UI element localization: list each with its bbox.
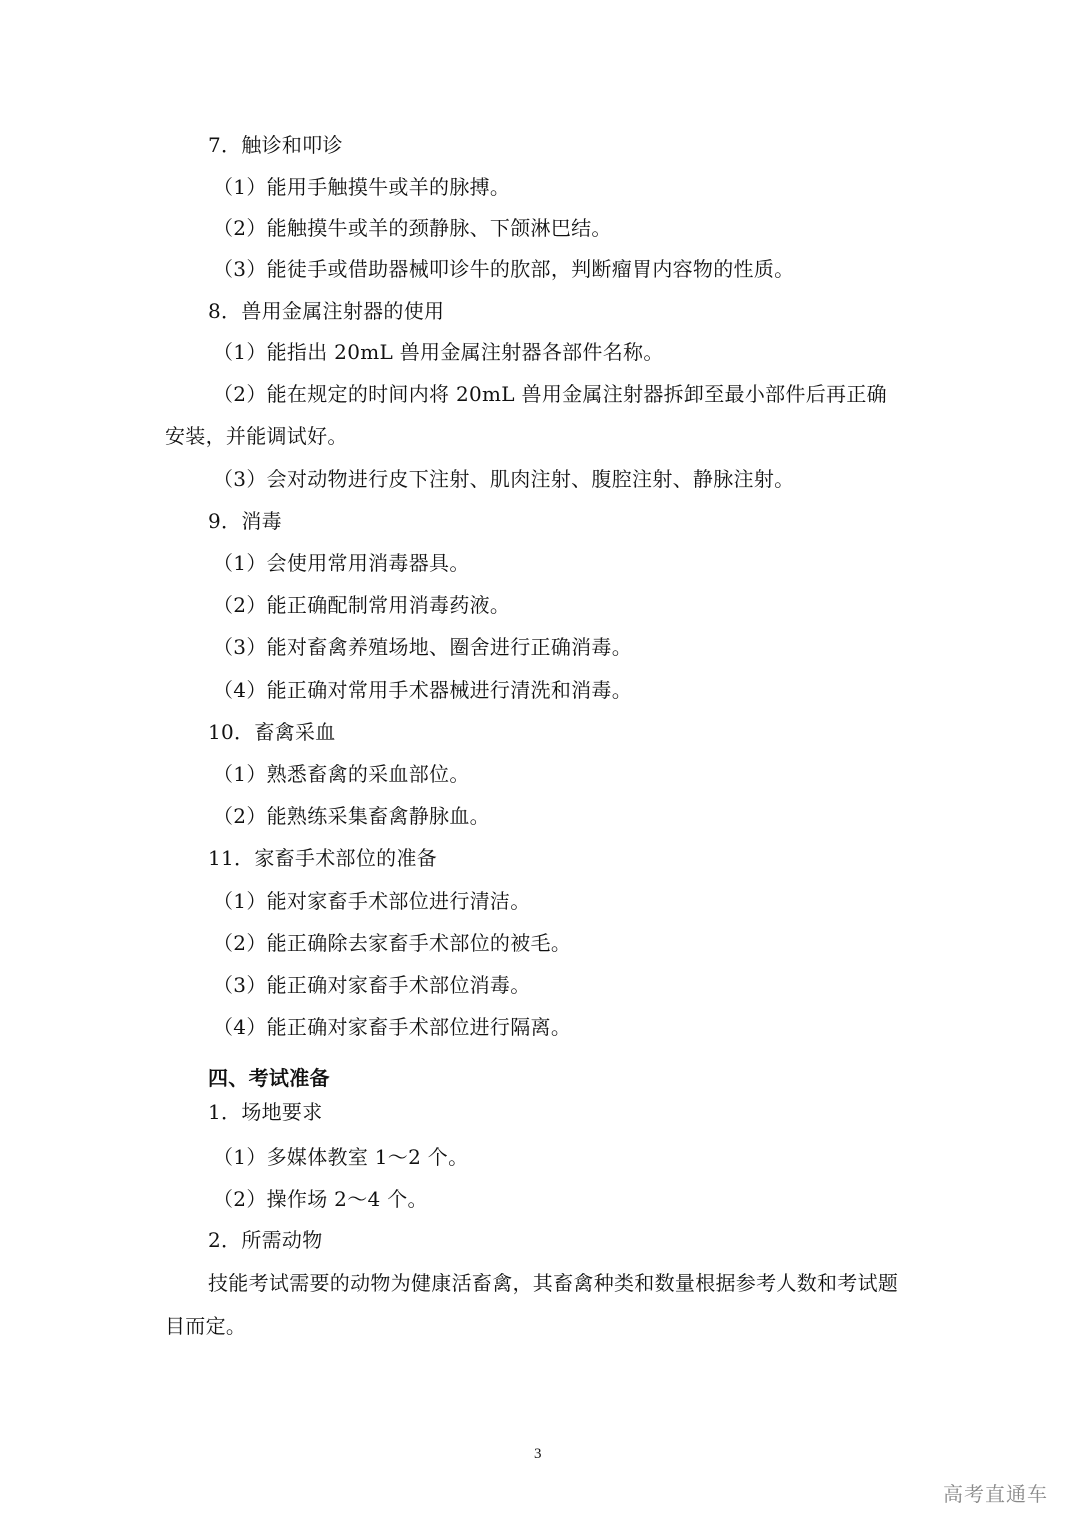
document-page: 7．触诊和叩诊（1）能用手触摸牛或羊的脉搏。（2）能触摸牛或羊的颈静脉、下颌淋巴… xyxy=(0,0,1080,1527)
list-item: （3）能正确对家畜手术部位消毒。 xyxy=(213,973,531,997)
list-item: （3）会对动物进行皮下注射、肌肉注射、腹腔注射、静脉注射。 xyxy=(213,467,794,491)
list-item: （2）能正确除去家畜手术部位的被毛。 xyxy=(213,931,571,955)
paragraph-continuation: 安装，并能调试好。 xyxy=(165,424,348,448)
list-item: （4）能正确对常用手术器械进行清洗和消毒。 xyxy=(213,678,632,702)
paragraph-continuation: 目而定。 xyxy=(165,1314,246,1338)
subsection-heading: 2．所需动物 xyxy=(208,1228,323,1252)
list-item: （2）能触摸牛或羊的颈静脉、下颌淋巴结。 xyxy=(213,216,612,240)
list-item: （2）能熟练采集畜禽静脉血。 xyxy=(213,804,490,828)
list-item: （1）熟悉畜禽的采血部位。 xyxy=(213,762,470,786)
subsection-heading: 8．兽用金属注射器的使用 xyxy=(208,299,444,323)
list-item: （2）能正确配制常用消毒药液。 xyxy=(213,593,510,617)
list-item: （1）能用手触摸牛或羊的脉搏。 xyxy=(213,175,510,199)
list-item: （1）能指出 20mL 兽用金属注射器各部件名称。 xyxy=(213,340,664,364)
list-item: （3）能徒手或借助器械叩诊牛的肷部，判断瘤胃内容物的性质。 xyxy=(213,257,794,281)
subsection-heading: 7．触诊和叩诊 xyxy=(208,133,343,157)
list-item: （4）能正确对家畜手术部位进行隔离。 xyxy=(213,1015,571,1039)
subsection-heading: 11．家畜手术部位的准备 xyxy=(208,846,437,870)
list-item: （3）能对畜禽养殖场地、圈舍进行正确消毒。 xyxy=(213,635,632,659)
list-item: （1）会使用常用消毒器具。 xyxy=(213,551,470,575)
section-heading: 四、考试准备 xyxy=(208,1066,330,1090)
list-item: （2）能在规定的时间内将 20mL 兽用金属注射器拆卸至最小部件后再正确 xyxy=(213,382,887,406)
list-item: （2）操作场 2～4 个。 xyxy=(213,1187,428,1211)
list-item: （1）多媒体教室 1～2 个。 xyxy=(213,1145,468,1169)
watermark: 高考直通车 xyxy=(943,1478,1048,1507)
paragraph: 技能考试需要的动物为健康活畜禽，其畜禽种类和数量根据参考人数和考试题 xyxy=(208,1271,898,1295)
subsection-heading: 1．场地要求 xyxy=(208,1100,323,1124)
list-item: （1）能对家畜手术部位进行清洁。 xyxy=(213,889,531,913)
page-number: 3 xyxy=(534,1446,542,1463)
subsection-heading: 9．消毒 xyxy=(208,509,282,533)
subsection-heading: 10．畜禽采血 xyxy=(208,720,336,744)
